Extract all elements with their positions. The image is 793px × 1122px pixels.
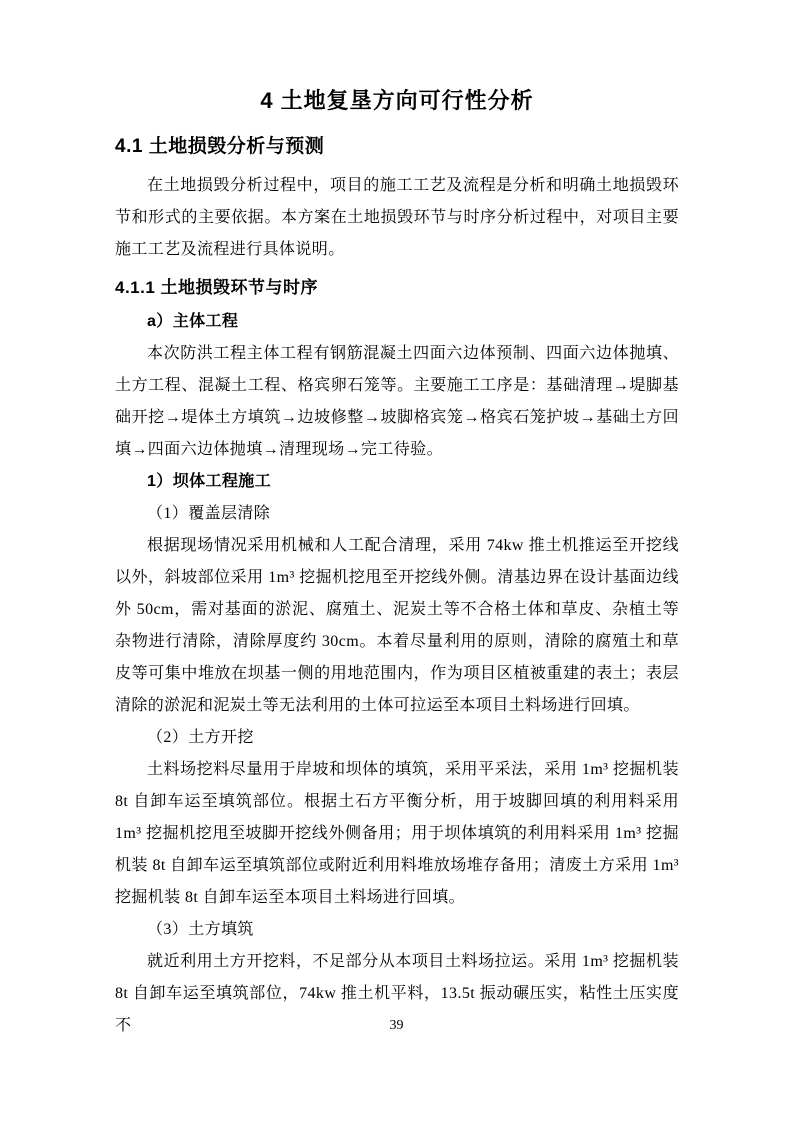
subheading-dam-construction: 1）坝体工程施工 <box>115 466 679 498</box>
item-heading-filling: （3）土方填筑 <box>115 914 679 946</box>
document-page: 4 土地复垦方向可行性分析 4.1 土地损毁分析与预测 在土地损毁分析过程中，项… <box>0 0 793 1122</box>
item-heading-excavation: （2）土方开挖 <box>115 722 679 754</box>
paragraph-excavation: 土料场挖料尽量用于岸坡和坝体的填筑，采用平采法，采用 1m³ 挖掘机装 8t 自… <box>115 754 679 914</box>
page-number: 39 <box>0 1018 793 1034</box>
page-title: 4 土地复垦方向可行性分析 <box>115 86 679 117</box>
paragraph-main-works: 本次防洪工程主体工程有钢筋混凝土四面六边体预制、四面六边体抛填、土方工程、混凝土… <box>115 338 679 466</box>
subheading-main-works: a）主体工程 <box>115 306 679 338</box>
item-heading-cover-clearing: （1）覆盖层清除 <box>115 498 679 530</box>
heading-4-1-1: 4.1.1 土地损毁环节与时序 <box>115 276 679 300</box>
paragraph-intro: 在土地损毁分析过程中，项目的施工工艺及流程是分析和明确土地损毁环节和形式的主要依… <box>115 170 679 266</box>
paragraph-cover-clearing: 根据现场情况采用机械和人工配合清理，采用 74kw 推土机推运至开挖线以外，斜坡… <box>115 530 679 722</box>
heading-4-1: 4.1 土地损毁分析与预测 <box>115 134 679 161</box>
